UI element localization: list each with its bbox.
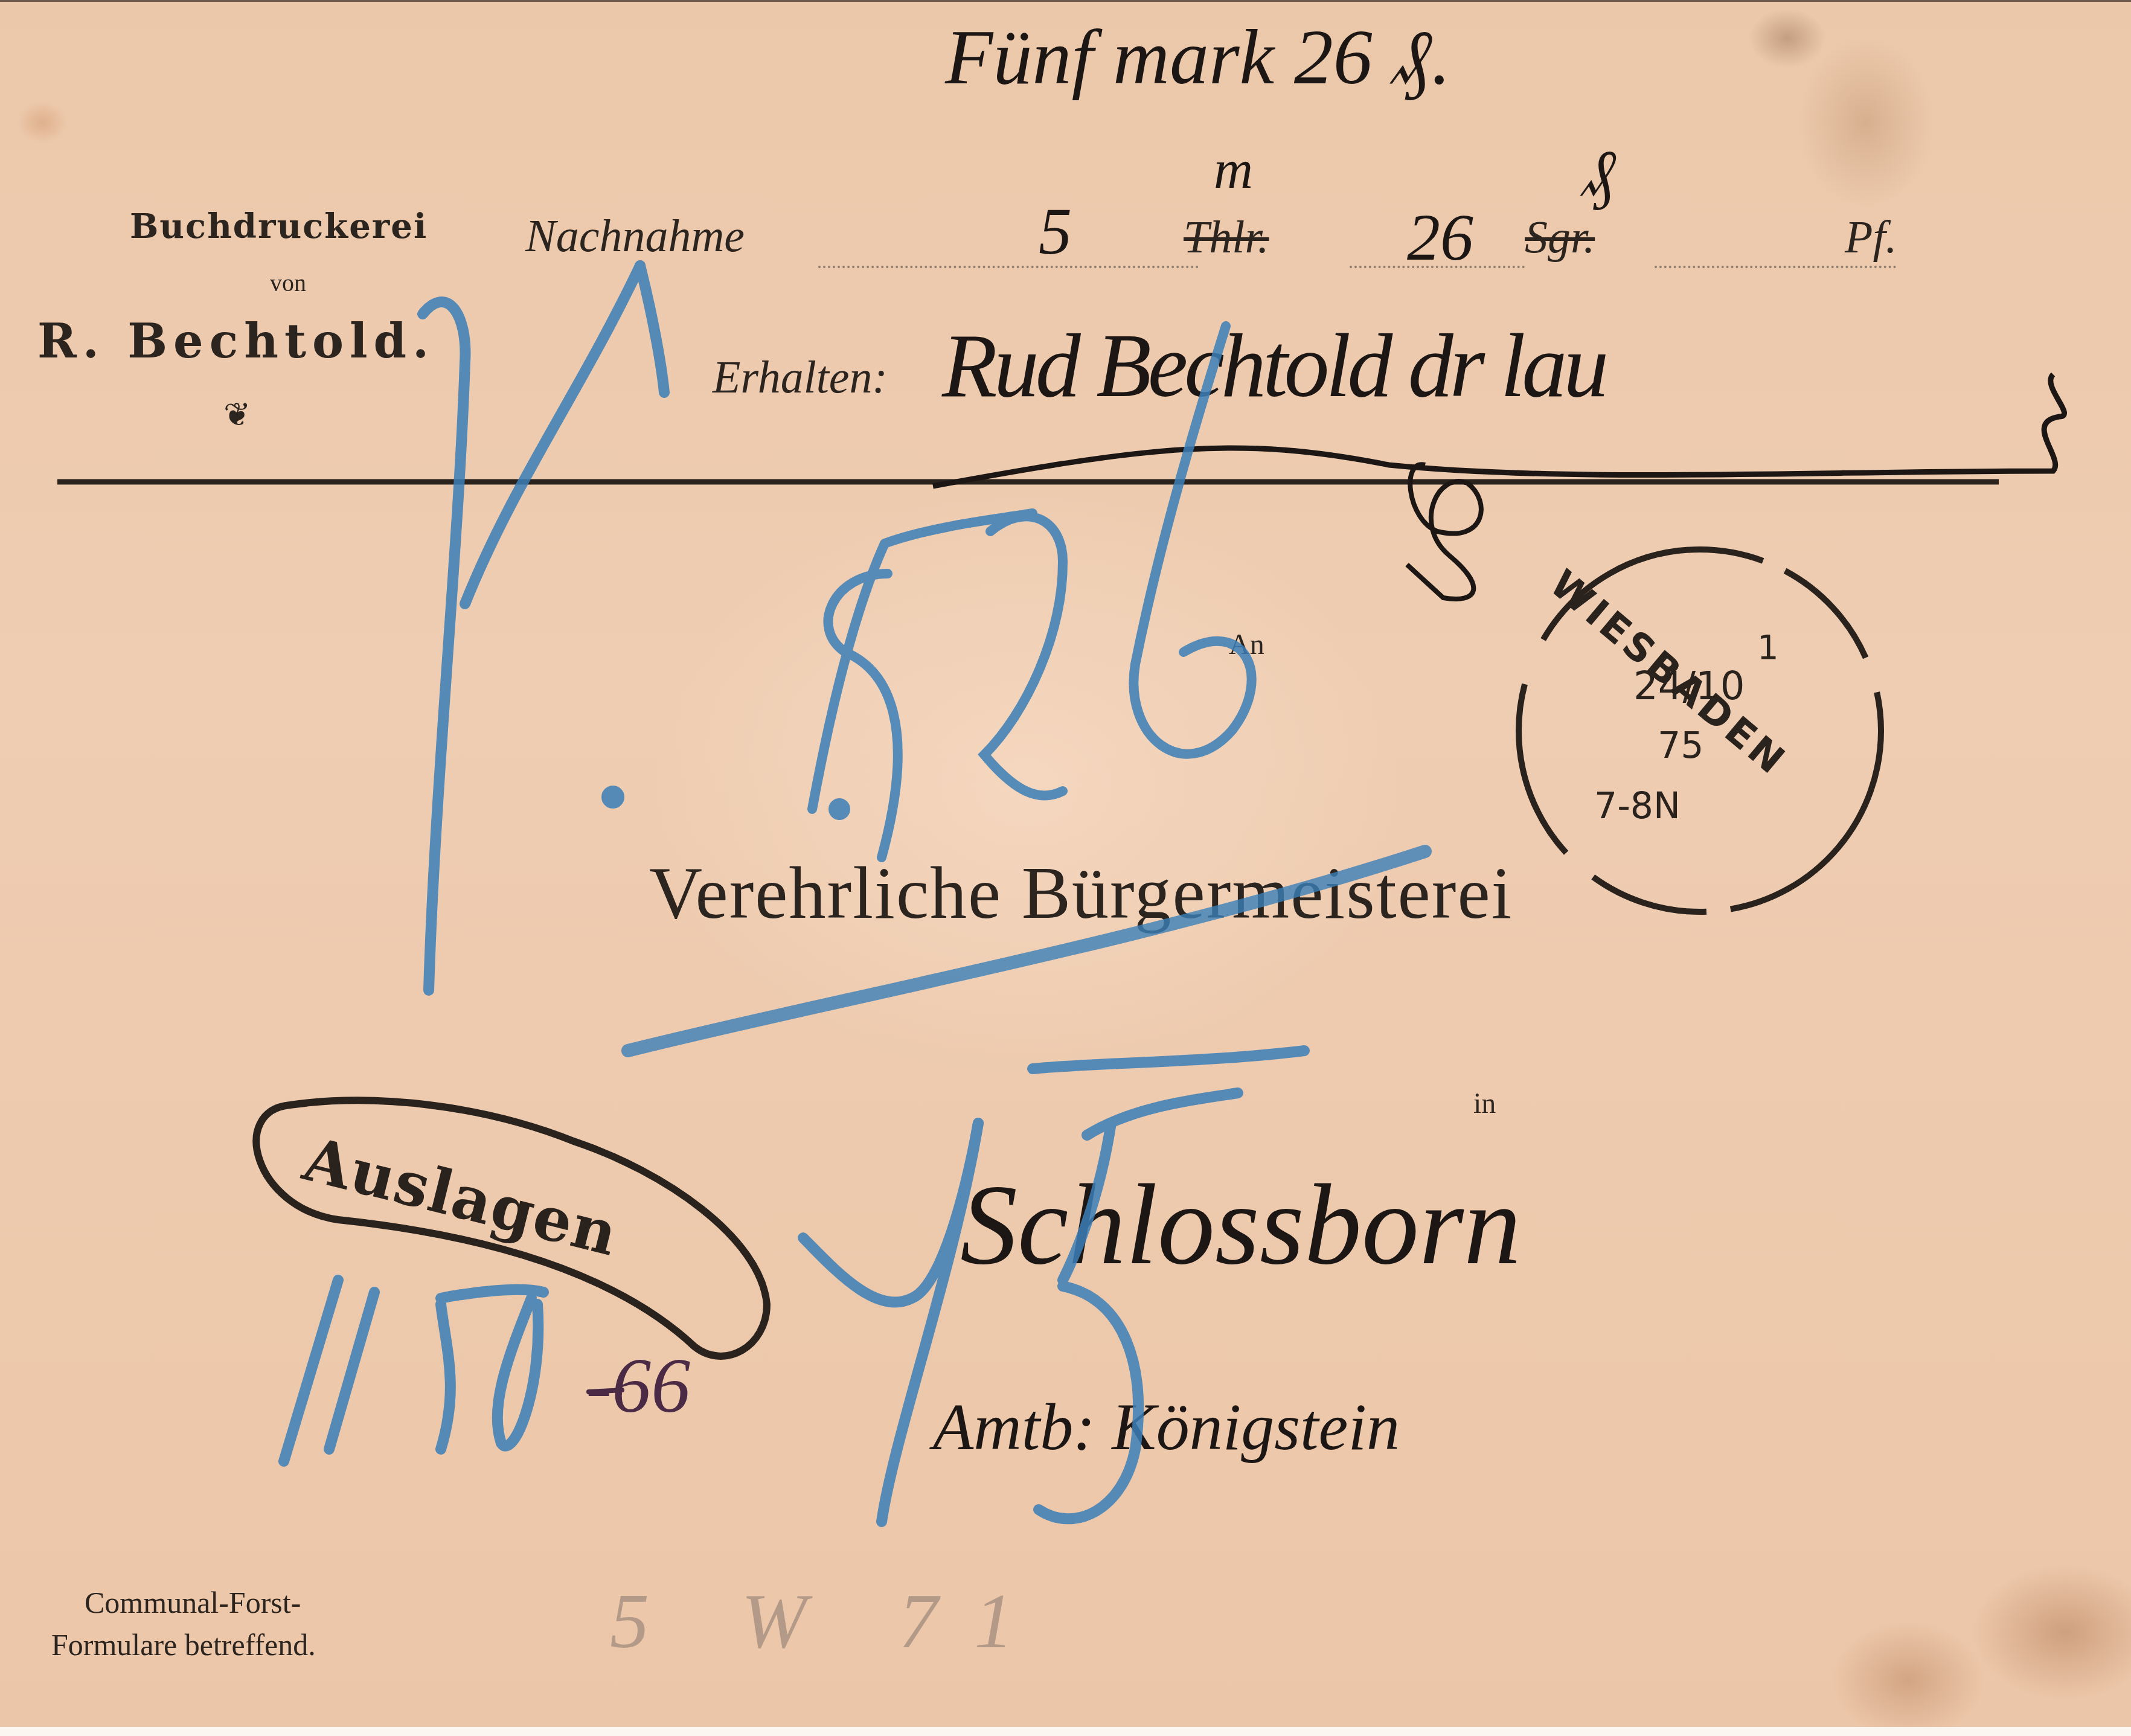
recipient-name: Verehrliche Bürgermeisterei: [649, 851, 1513, 936]
an-label: An: [1229, 628, 1264, 661]
erhalten-label: Erhalten:: [713, 351, 888, 404]
town-handwritten: Schlossborn: [960, 1159, 1521, 1291]
postmark-line-top: 1: [1757, 628, 1779, 667]
sender-imprint-name: R. Bechtold.: [37, 314, 435, 369]
postmark-time: 7-8N: [1594, 785, 1681, 827]
dotted-line-1: [818, 266, 1199, 268]
postmark-date: 24/10: [1633, 664, 1745, 709]
in-label: in: [1473, 1087, 1496, 1120]
minor-unit-handwritten: ₰: [1582, 136, 1615, 213]
pf-label: Pf.: [1845, 211, 1897, 264]
erhalten-signature: Rud Bechtold dr lau: [942, 314, 1605, 418]
dotted-line-3: [1655, 266, 1896, 268]
scan-border: [0, 1727, 2131, 1736]
postmark-year: 75: [1658, 725, 1703, 767]
amount-in-words: Fünf mark 26 ₰.: [945, 12, 1451, 103]
minor-unit-printed: Sgr.: [1525, 211, 1595, 264]
district-handwritten: Amtb: Königstein: [933, 1389, 1400, 1465]
nachnahme-label: Nachnahme: [525, 210, 745, 263]
major-unit-handwritten: m: [1214, 139, 1253, 201]
sender-imprint-line2: von: [270, 269, 306, 297]
amount-major: 5: [1039, 193, 1072, 270]
major-unit-printed: Thlr.: [1184, 211, 1269, 264]
violet-ink-mark: -66: [586, 1340, 690, 1431]
footer-imprint-line2: Formulare betreffend.: [51, 1627, 316, 1662]
sender-imprint-line1: Buchdruckerei: [130, 207, 428, 246]
footer-imprint-line1: Communal-Forst-: [85, 1585, 301, 1620]
pencil-note: 5 W 71: [610, 1576, 1049, 1667]
amount-minor: 26: [1407, 199, 1473, 276]
ornament-icon: ❦: [223, 396, 251, 434]
